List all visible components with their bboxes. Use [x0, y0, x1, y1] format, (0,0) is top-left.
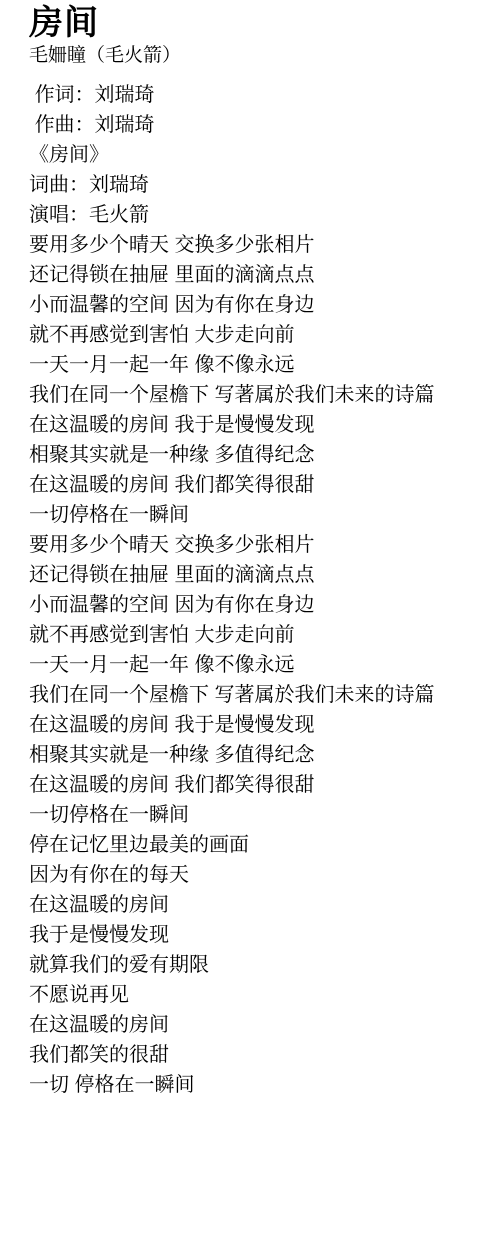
lyric-line: 就不再感觉到害怕 大步走向前 [29, 320, 480, 350]
lyric-line: 要用多少个晴天 交换多少张相片 [29, 530, 480, 560]
lyric-line: 在这温暖的房间 [29, 1010, 480, 1040]
lyric-line: 在这温暖的房间 我们都笑得很甜 [29, 770, 480, 800]
lyric-line: 小而温馨的空间 因为有你在身边 [29, 290, 480, 320]
lyric-line: 在这温暖的房间 我们都笑得很甜 [29, 470, 480, 500]
lyric-line: 我于是慢慢发现 [29, 920, 480, 950]
lyric-line: 一切 停格在一瞬间 [29, 1070, 480, 1100]
lyric-line: 我们在同一个屋檐下 写著属於我们未来的诗篇 [29, 380, 480, 410]
credit-line: 作词：刘瑞琦 [29, 80, 480, 110]
lyric-line: 就算我们的爱有期限 [29, 950, 480, 980]
lyric-line: 还记得锁在抽屉 里面的滴滴点点 [29, 260, 480, 290]
lyric-line: 我们都笑的很甜 [29, 1040, 480, 1070]
page-title: 房间 [29, 4, 480, 42]
credit-line: 演唱：毛火箭 [29, 200, 480, 230]
credit-line: 作曲：刘瑞琦 [29, 110, 480, 140]
lyric-line: 不愿说再见 [29, 980, 480, 1010]
lyric-line: 还记得锁在抽屉 里面的滴滴点点 [29, 560, 480, 590]
lyrics-block: 要用多少个晴天 交换多少张相片还记得锁在抽屉 里面的滴滴点点小而温馨的空间 因为… [29, 230, 480, 1100]
lyric-line: 相聚其实就是一种缘 多值得纪念 [29, 440, 480, 470]
lyric-line: 在这温暖的房间 我于是慢慢发现 [29, 710, 480, 740]
artist-line: 毛姍瞳（毛火箭） [29, 44, 480, 68]
lyric-line: 一天一月一起一年 像不像永远 [29, 650, 480, 680]
lyric-line: 要用多少个晴天 交换多少张相片 [29, 230, 480, 260]
lyric-line: 相聚其实就是一种缘 多值得纪念 [29, 740, 480, 770]
lyric-line: 在这温暖的房间 [29, 890, 480, 920]
lyric-line: 就不再感觉到害怕 大步走向前 [29, 620, 480, 650]
lyric-line: 一切停格在一瞬间 [29, 500, 480, 530]
lyric-line: 我们在同一个屋檐下 写著属於我们未来的诗篇 [29, 680, 480, 710]
lyric-line: 停在记忆里边最美的画面 [29, 830, 480, 860]
lyric-line: 在这温暖的房间 我于是慢慢发现 [29, 410, 480, 440]
credit-line: 词曲：刘瑞琦 [29, 170, 480, 200]
credits-block: 作词：刘瑞琦 作曲：刘瑞琦《房间》词曲：刘瑞琦演唱：毛火箭 [29, 80, 480, 230]
credit-line: 《房间》 [29, 140, 480, 170]
lyric-line: 小而温馨的空间 因为有你在身边 [29, 590, 480, 620]
lyric-line: 一切停格在一瞬间 [29, 800, 480, 830]
lyrics-page: 房间 毛姍瞳（毛火箭） 作词：刘瑞琦 作曲：刘瑞琦《房间》词曲：刘瑞琦演唱：毛火… [0, 0, 500, 1240]
lyric-line: 因为有你在的每天 [29, 860, 480, 890]
lyric-line: 一天一月一起一年 像不像永远 [29, 350, 480, 380]
